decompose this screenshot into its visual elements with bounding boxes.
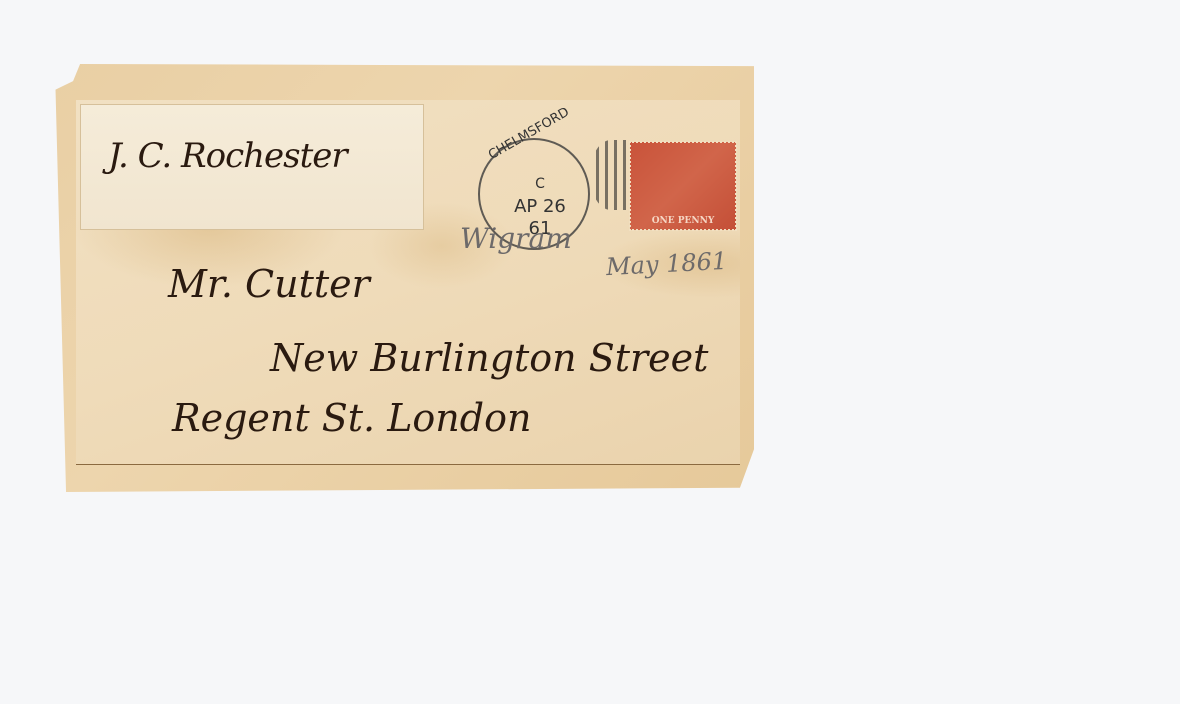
address-line-1: Mr. Cutter (168, 262, 370, 306)
stamp-label: ONE PENNY (634, 216, 732, 226)
postmark-code: C (510, 176, 570, 192)
pencil-note-name: Wigram (460, 222, 572, 255)
penny-red-stamp: ONE PENNY (630, 142, 736, 230)
cancellation-bars (590, 140, 632, 210)
postmark-date: AP 26 (510, 196, 570, 217)
address-line-2: New Burlington Street (270, 336, 708, 380)
address-line-3: Regent St. London (172, 396, 531, 440)
signature: J. C. Rochester (108, 136, 347, 176)
